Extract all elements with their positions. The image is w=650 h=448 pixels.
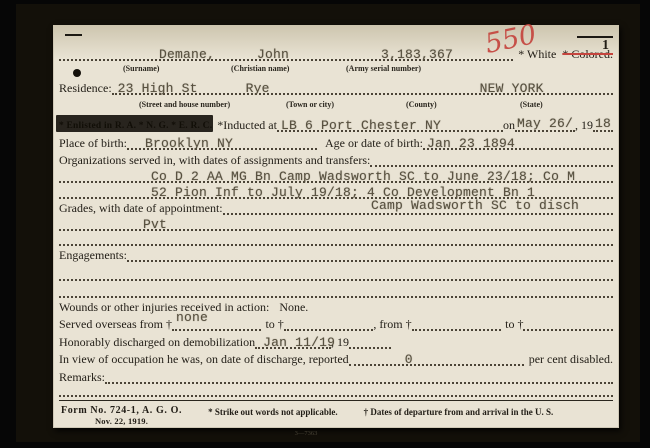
overseas-to1-rule — [284, 313, 374, 331]
inducted-at-label: *Inducted at — [217, 119, 277, 132]
name-row: Demane, John 3,183,367 * White * Colored… — [59, 39, 613, 61]
overseas-to1-label: to † — [265, 318, 283, 331]
form-number: Form No. 724-1, A. G. O. — [61, 405, 182, 416]
induction-year-value: 18 — [593, 117, 613, 132]
discharge-date-rule: Jan 11/19 — [255, 331, 331, 349]
enlisted-options-label: * Enlisted in R. A. * N. G. * E. R. C. — [59, 121, 212, 131]
induction-place-rule: LB 6 Port Chester NY — [277, 114, 503, 132]
residence-label: Residence: — [59, 82, 112, 95]
year-prefix-label: , 19 — [575, 119, 593, 132]
strike-out-note: * Strike out words not applicable. — [208, 405, 338, 417]
disability-rule: 0 — [349, 348, 524, 366]
state-value: NEW YORK — [480, 82, 544, 95]
remarks-rule — [105, 366, 613, 384]
engagements-row: Engagements: — [59, 244, 613, 262]
serial-number-caption: (Army serial number) — [346, 64, 421, 73]
overseas-from2-rule — [412, 313, 502, 331]
disability-row: In view of occupation he was, on date of… — [59, 348, 613, 366]
engagements-rule — [127, 244, 613, 262]
name-line-rule: Demane, John 3,183,367 — [59, 39, 513, 61]
induction-date-value: May 26/ — [515, 117, 575, 132]
remarks-label: Remarks: — [59, 371, 105, 384]
remarks-row: Remarks: — [59, 366, 613, 384]
organizations-line3-value: Camp Wadsworth SC to disch — [371, 199, 579, 212]
overseas-to2-label: to † — [505, 318, 523, 331]
bottom-solid-rule — [59, 400, 613, 401]
overseas-label: Served overseas from † — [59, 318, 172, 331]
induction-place-value: LB 6 Port Chester NY — [281, 119, 441, 132]
white-label: * White — [518, 48, 556, 61]
card-footer: Form No. 724-1, A. G. O. Nov. 22, 1919. … — [61, 405, 611, 427]
street-value: 23 High St — [118, 82, 198, 95]
christian-name-value: John — [257, 48, 289, 61]
bottom-dotted-rule — [59, 395, 613, 397]
christian-name-caption: (Christian name) — [231, 64, 289, 73]
surname-caption: (Surname) — [123, 64, 159, 73]
town-value: Rye — [246, 82, 270, 95]
disability-value: 0 — [405, 353, 413, 366]
redaction-bar: * Enlisted in R. A. * N. G. * E. R. C. — [59, 117, 212, 132]
print-code: 3—7363 — [53, 430, 559, 437]
residence-line-rule: 23 High St Rye NEW YORK — [112, 75, 613, 95]
town-caption: (Town or city) — [286, 100, 334, 109]
corner-dash-mark — [65, 34, 82, 36]
form-date: Nov. 22, 1919. — [95, 416, 148, 426]
surname-value: Demane, — [159, 48, 215, 61]
discharge-year-rule — [349, 331, 391, 349]
form-number-block: Form No. 724-1, A. G. O. Nov. 22, 1919. — [61, 405, 182, 427]
colored-label-struck: * Colored. — [562, 48, 613, 61]
birth-date-rule: Jan 23 1894 — [423, 132, 613, 150]
army-serial-number-value: 3,183,367 — [381, 48, 453, 61]
service-record-card: 1 550 Demane, John 3,183,367 * White * C… — [53, 25, 619, 428]
county-caption: (County) — [406, 100, 437, 109]
blank-rule-3 — [59, 278, 613, 298]
overseas-from1-rule: none — [172, 313, 262, 331]
birth-place-rule: Brooklyn NY — [127, 132, 317, 150]
blank-rule-1 — [59, 226, 613, 246]
overseas-to2-rule — [523, 313, 613, 331]
street-caption: (Street and house number) — [139, 100, 230, 109]
state-caption: (State) — [520, 100, 543, 109]
birth-row: Place of birth: Brooklyn NY Age or date … — [59, 132, 613, 150]
induction-row: * Enlisted in R. A. * N. G. * E. R. C. *… — [59, 114, 613, 132]
discharge-row: Honorably discharged on demobilization J… — [59, 331, 391, 349]
overseas-row: Served overseas from † none to † , from … — [59, 313, 613, 331]
residence-row: Residence: 23 High St Rye NEW YORK — [59, 75, 613, 95]
on-label: on — [503, 119, 515, 132]
overseas-from2-label: , from † — [373, 318, 411, 331]
disability-suffix-label: per cent disabled. — [529, 353, 613, 366]
disability-label: In view of occupation he was, on date of… — [59, 353, 349, 366]
overseas-from1-value: none — [176, 311, 208, 324]
wounds-row: Wounds or other injuries received in act… — [59, 296, 613, 314]
dagger-note: † Dates of departure from and arrival in… — [364, 405, 554, 417]
scanned-card-viewer: 1 550 Demane, John 3,183,367 * White * C… — [0, 0, 650, 448]
